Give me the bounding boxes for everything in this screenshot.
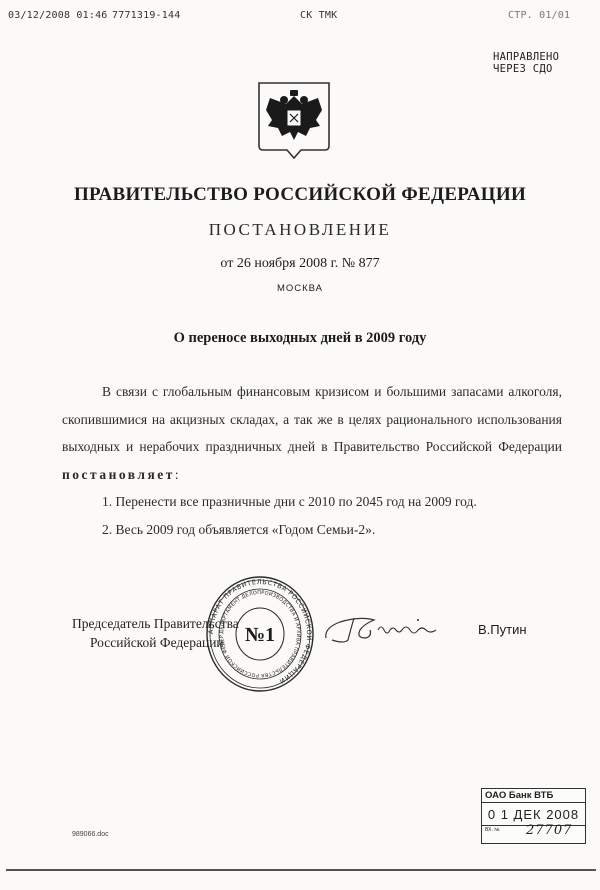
fax-sender: СК ТМК xyxy=(300,10,337,21)
preamble-text: В связи с глобальным финансовым кризисом… xyxy=(62,384,562,454)
bank-incoming-label: ВХ. № xyxy=(485,827,500,833)
handwritten-signature xyxy=(320,608,450,648)
fax-page: СТР. 01/01 xyxy=(508,10,570,21)
bottom-divider xyxy=(6,869,596,871)
bank-receipt-footer: ВХ. № 27707 xyxy=(482,826,585,838)
file-name: 989066.doc xyxy=(72,831,109,838)
seal-center: №1 xyxy=(245,624,275,646)
resolves-colon: : xyxy=(175,467,179,482)
document-city: МОСКВА xyxy=(0,283,600,294)
official-seal: АППАРАТ ПРАВИТЕЛЬСТВА РОССИЙСКОЙ ФЕДЕРАЦ… xyxy=(205,572,315,696)
document-date-number: от 26 ноября 2008 г. № 877 xyxy=(0,256,600,272)
resolution-item-2: 2. Весь 2009 год объявляется «Годом Семь… xyxy=(62,516,562,544)
fax-datetime: 03/12/2008 01:46 xyxy=(8,10,108,21)
bank-receipt-stamp: ОАО Банк ВТБ 0 1 ДЕК 2008 ВХ. № 27707 xyxy=(481,788,586,844)
routing-note: НАПРАВЛЕНО ЧЕРЕЗ СДО xyxy=(493,51,559,75)
signer-name: В.Путин xyxy=(478,622,527,637)
resolves-word: постановляет xyxy=(62,467,175,482)
document-body: В связи с глобальным финансовым кризисом… xyxy=(62,378,562,543)
bank-incoming-number: 27707 xyxy=(526,823,572,838)
fax-number: 7771319-144 xyxy=(112,10,180,21)
document-type: ПОСТАНОВЛЕНИЕ xyxy=(0,220,600,240)
preamble: В связи с глобальным финансовым кризисом… xyxy=(62,378,562,488)
bank-name: ОАО Банк ВТБ xyxy=(482,789,585,803)
resolution-item-1: 1. Перенести все празничные дни с 2010 п… xyxy=(62,488,562,516)
routing-line-1: НАПРАВЛЕНО xyxy=(493,51,559,63)
document-subject: О переносе выходных дней в 2009 году xyxy=(0,330,600,347)
routing-line-2: ЧЕРЕЗ СДО xyxy=(493,63,559,75)
document-issuer: ПРАВИТЕЛЬСТВО РОССИЙСКОЙ ФЕДЕРАЦИИ xyxy=(0,184,600,206)
russian-coat-of-arms-icon xyxy=(256,80,332,162)
